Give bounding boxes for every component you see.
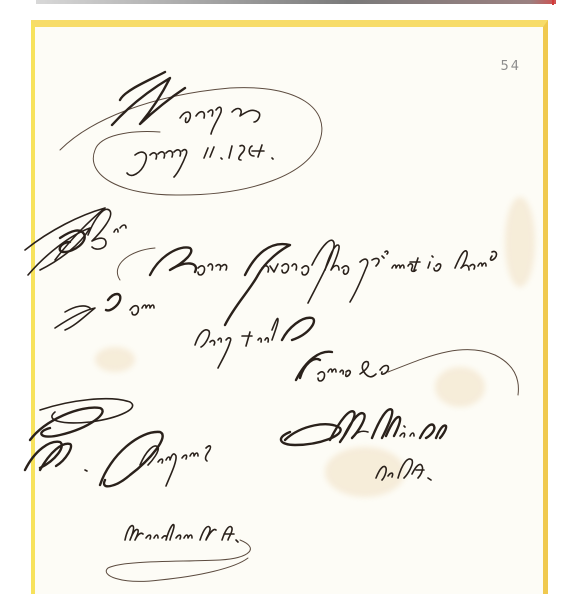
signature-ink [281,409,446,480]
heading-flourish [60,72,322,195]
body-line-1-ink [117,240,496,325]
salutation-ink [25,208,126,275]
body-line-2-ink [55,294,154,330]
handwriting-ink [0,0,576,594]
addressee-ink [25,399,250,582]
closing-ink [195,318,518,395]
